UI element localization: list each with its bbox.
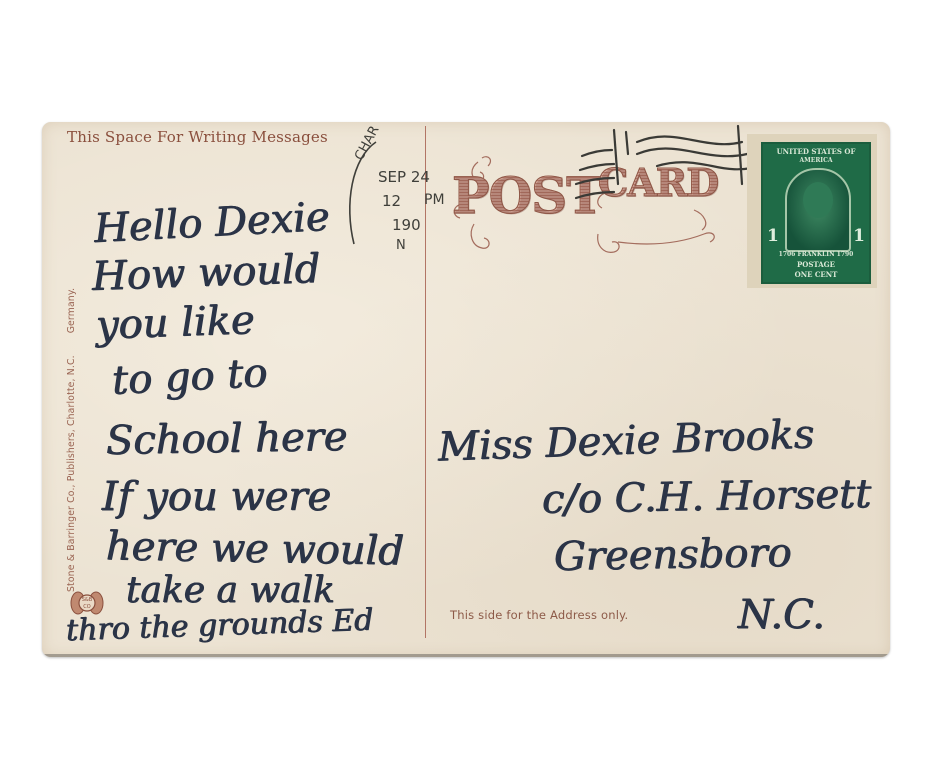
message-line: you like	[95, 297, 255, 349]
stamp-denomination-left: 1	[767, 226, 779, 246]
address-line: c/o C.H. Horsett	[542, 471, 872, 523]
message-line: to go to	[111, 350, 269, 404]
stamp-postage-text: POSTAGE	[763, 260, 869, 269]
postmark-state: N	[396, 238, 406, 253]
message-line: School here	[106, 414, 348, 464]
franklin-portrait-icon	[785, 168, 851, 252]
stamp-country-text: AMERICA	[763, 157, 869, 164]
postmark-year: 190	[392, 216, 421, 234]
stamp-name-text: 1706 FRANKLIN 1790	[763, 251, 869, 258]
address-line: Greensboro	[554, 530, 792, 580]
stamp-value-text: ONE CENT	[763, 270, 869, 279]
postmark: CHAR SEP 24 12 PM 190 N	[338, 134, 438, 274]
card-edge-shadow	[42, 654, 890, 657]
message-line: Hello Dexie	[93, 194, 331, 252]
message-line: If you were	[102, 474, 331, 520]
publisher-imprint: Stone & Barringer Co., Publishers, Charl…	[66, 288, 77, 592]
postage-stamp: UNITED STATES OF AMERICA 1 1 1706 FRANKL…	[747, 134, 877, 288]
stamp-design: UNITED STATES OF AMERICA 1 1 1706 FRANKL…	[761, 142, 871, 284]
stamp-denomination-right: 1	[853, 226, 865, 246]
address-line: N.C.	[738, 592, 825, 638]
postmark-ampm: PM	[424, 192, 445, 208]
message-line: here we would	[106, 523, 405, 574]
address-side-label: This side for the Address only.	[450, 608, 628, 622]
publisher-country: Germany.	[66, 288, 77, 334]
postcard: This Space For Writing Messages Stone & …	[42, 122, 890, 657]
message-line: thro the grounds Ed	[65, 603, 374, 649]
message-line: How would	[91, 246, 321, 300]
postmark-date: SEP 24	[378, 168, 430, 186]
publisher-name: Stone & Barringer Co., Publishers, Charl…	[66, 355, 77, 592]
portrait-face	[803, 182, 833, 218]
address-line: Miss Dexie Brooks	[437, 411, 815, 470]
message-space-header: This Space For Writing Messages	[67, 128, 328, 146]
postmark-hour: 12	[382, 192, 401, 210]
svg-text:S&B: S&B	[82, 597, 93, 603]
stamp-top-text: UNITED STATES OF	[763, 147, 869, 156]
cancellation-lines-icon	[562, 124, 762, 204]
svg-text:CO: CO	[83, 604, 90, 610]
